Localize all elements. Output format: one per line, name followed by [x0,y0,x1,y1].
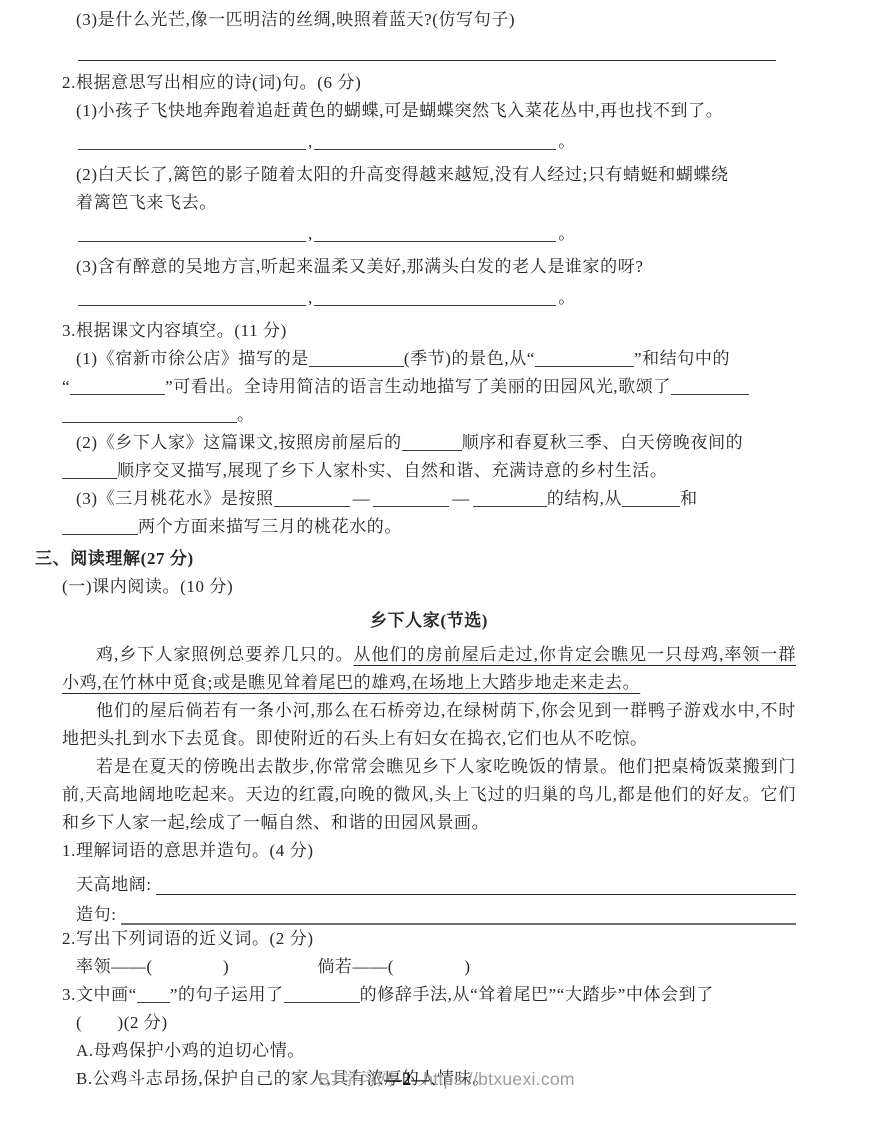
q3-item3-row2: 两个方面来描写三月的桃花水的。 [62,513,796,541]
reading-q1-sentence-row: 造句: [62,895,796,925]
reading-q3-text: 3.文中画“ [62,985,137,1004]
q2-item2-answer-row: ,。 [62,221,796,247]
q2-item2-prompt-line2: 着篱笆飞来飞去。 [62,189,796,217]
fill-blank-order1 [402,435,462,451]
q3-item3-row1: (3)《三月桃花水》是按照——的结构,从和 [62,485,796,513]
watermark-site: BT学习网 [318,1069,394,1089]
q2-item2-text-line2: 着篱笆飞来飞去。 [76,193,217,212]
q3-item2-text: 顺序交叉描写,展现了乡下人家朴实、自然和谐、充满诗意的乡村生活。 [117,461,667,480]
sentence-label: 造句: [76,900,117,925]
fill-blank-quote2 [70,379,165,395]
reading-q3-row1: 3.文中画“”的句子运用了的修辞手法,从“耸着尾巴”“大踏步”中体会到了 [62,981,796,1009]
page-number: —2— [385,1069,430,1089]
section3-subheading-text: (一)课内阅读。(10 分) [62,577,233,596]
rhetoric-blank [284,987,360,1003]
q3-item2-row1: (2)《乡下人家》这篇课文,按照房前屋后的顺序和春夏秋三季、白天傍晚夜间的 [62,429,796,457]
q2-item2-text-line1: (2)白天长了,篱笆的影子随着太阳的升高变得越来越短,没有人经过;只有蜻蜓和蝴蝶… [76,165,729,184]
reading-q1-heading: 1.理解词语的意思并造句。(4 分) [62,837,796,865]
answer-blank [314,226,556,242]
section3-subheading: (一)课内阅读。(10 分) [62,573,796,601]
q3-item1-text: “ [62,377,70,396]
q3-item2-text: 顺序和春夏秋三季、白天傍晚夜间的 [462,433,744,452]
reading-q3-row2: ( )(2 分) [62,1009,796,1037]
q1-item3-text: (3)是什么光芒,像一匹明洁的丝绸,映照着蓝天?(仿写句子) [76,10,515,29]
fill-blank-aspect2 [62,519,138,535]
q2-heading-text: 2.根据意思写出相应的诗(词)句。(6 分) [62,73,361,92]
fill-blank-aspect1 [622,491,680,507]
period: 。 [556,224,577,243]
passage-title-text: 乡下人家(节选) [370,611,488,630]
q2-item3-answer-row: ,。 [62,285,796,311]
period: 。 [237,405,255,424]
q2-item3-prompt: (3)含有醉意的吴地方言,听起来温柔又美好,那满头白发的老人是谁家的呀? [62,253,796,281]
reading-q3-text: 的修辞手法,从“耸着尾巴”“大踏步”中体会到了 [360,985,714,1004]
reading-q2-heading-text: 2.写出下列词语的近义词。(2 分) [62,929,314,948]
q3-item1-text: ”和结句中的 [634,349,730,368]
watermark-url: https://btxuexi.com [423,1069,575,1089]
q2-item3-text: (3)含有醉意的吴地方言,听起来温柔又美好,那满头白发的老人是谁家的呀? [76,257,643,276]
answer-blank [78,226,306,242]
fill-blank-structure3 [473,491,547,507]
quoted-line-blank [137,987,170,1003]
q2-item1-answer-row: ,。 [62,129,796,155]
q3-item3-text: (3)《三月桃花水》是按照 [76,489,274,508]
passage-text: 鸡,乡下人家照例总要养几只的。 [96,645,354,664]
q3-item1-text: ”可看出。全诗用简洁的语言生动地描写了美丽的田园风光,歌颂了 [165,377,671,396]
sentence-answer-line [121,903,796,925]
q3-item2-row2: 顺序交叉描写,展现了乡下人家朴实、自然和谐、充满诗意的乡村生活。 [62,457,796,485]
comma: , [306,132,314,151]
answer-blank [78,134,306,150]
q3-item2-text: (2)《乡下人家》这篇课文,按照房前屋后的 [76,433,402,452]
exam-page: (3)是什么光芒,像一匹明洁的丝绸,映照着蓝天?(仿写句子) 2.根据意思写出相… [0,0,893,1122]
comma: , [306,288,314,307]
q2-item1-text: (1)小孩子飞快地奔跑着追赶黄色的蝴蝶,可是蝴蝶突然飞入菜花丛中,再也找不到了。 [76,101,723,120]
passage-paragraph-1: 鸡,乡下人家照例总要养几只的。从他们的房前屋后走过,你肯定会瞧见一只母鸡,率领一… [62,641,796,697]
choice-parentheses: ( )(2 分) [76,1013,168,1032]
passage-text: 若是在夏天的傍晚出去散步,你常常会瞧见乡下人家吃晚饭的情景。他们把桌椅饭菜搬到门… [62,757,796,832]
q1-item3-answer-line [78,38,776,61]
answer-blank [314,134,556,150]
fill-blank [62,407,237,423]
period: 。 [556,288,577,307]
answer-blank [314,290,556,306]
synonym-pair-1: 率领——( ) [76,957,229,976]
q3-item1-row3: 。 [62,401,796,429]
reading-q1-term-row: 天高地阔: [62,865,796,895]
q3-item3-text: 的结构,从 [547,489,622,508]
em-dash: — [449,489,473,508]
reading-q3-option-a: A.母鸡保护小鸡的迫切心情。 [62,1037,796,1065]
fill-blank-structure1 [274,491,350,507]
q3-item3-text: 两个方面来描写三月的桃花水的。 [138,517,402,536]
q3-heading-text: 3.根据课文内容填空。(11 分) [62,321,287,340]
reading-q2-heading: 2.写出下列词语的近义词。(2 分) [62,925,796,953]
q1-item3-prompt: (3)是什么光芒,像一匹明洁的丝绸,映照着蓝天?(仿写句子) [62,6,796,34]
em-dash: — [350,489,374,508]
synonym-pair-2: 倘若——( ) [317,957,470,976]
reading-q3-text: ”的句子运用了 [170,985,284,1004]
q3-item1-row2: “”可看出。全诗用简洁的语言生动地描写了美丽的田园风光,歌颂了 [62,373,796,401]
passage-text: 他们的屋后倘若有一条小河,那么在石桥旁边,在绿树荫下,你会见到一群鸭子游戏水中,… [62,701,796,748]
q3-item1-row1: (1)《宿新市徐公店》描写的是(季节)的景色,从“”和结句中的 [62,345,796,373]
q3-item1-text: (季节)的景色,从“ [404,349,535,368]
reading-q1-heading-text: 1.理解词语的意思并造句。(4 分) [62,841,314,860]
q3-heading: 3.根据课文内容填空。(11 分) [62,317,796,345]
fill-blank-order2 [62,463,117,479]
passage-title: 乡下人家(节选) [62,607,796,635]
section3-heading-text: 三、阅读理解(27 分) [35,549,194,568]
q2-item2-prompt-line1: (2)白天长了,篱笆的影子随着太阳的升高变得越来越短,没有人经过;只有蜻蜓和蝴蝶… [62,161,796,189]
term-label: 天高地阔: [76,870,152,895]
period: 。 [556,132,577,151]
fill-blank-structure2 [373,491,449,507]
fill-blank-quote1 [535,351,634,367]
reading-q2-pairs-row: 率领——( )倘若——( ) [62,953,796,981]
section3-heading: 三、阅读理解(27 分) [35,545,796,573]
passage-paragraph-3: 若是在夏天的傍晚出去散步,你常常会瞧见乡下人家吃晚饭的情景。他们把桌椅饭菜搬到门… [62,753,796,837]
exam-content: (3)是什么光芒,像一匹明洁的丝绸,映照着蓝天?(仿写句子) 2.根据意思写出相… [62,6,796,1093]
fill-blank-season [309,351,404,367]
q2-heading: 2.根据意思写出相应的诗(词)句。(6 分) [62,69,796,97]
q2-item1-prompt: (1)小孩子飞快地奔跑着追赶黄色的蝴蝶,可是蝴蝶突然飞入菜花丛中,再也找不到了。 [62,97,796,125]
passage-paragraph-2: 他们的屋后倘若有一条小河,那么在石桥旁边,在绿树荫下,你会见到一群鸭子游戏水中,… [62,697,796,753]
comma: , [306,224,314,243]
answer-blank [78,290,306,306]
term-answer-line [156,874,796,895]
q3-item3-text: 和 [680,489,698,508]
q3-item1-text: (1)《宿新市徐公店》描写的是 [76,349,309,368]
footer: BT学习网—2—https://btxuexi.com [0,1066,893,1091]
fill-blank [671,379,749,395]
option-a-text: A.母鸡保护小鸡的迫切心情。 [76,1041,305,1060]
